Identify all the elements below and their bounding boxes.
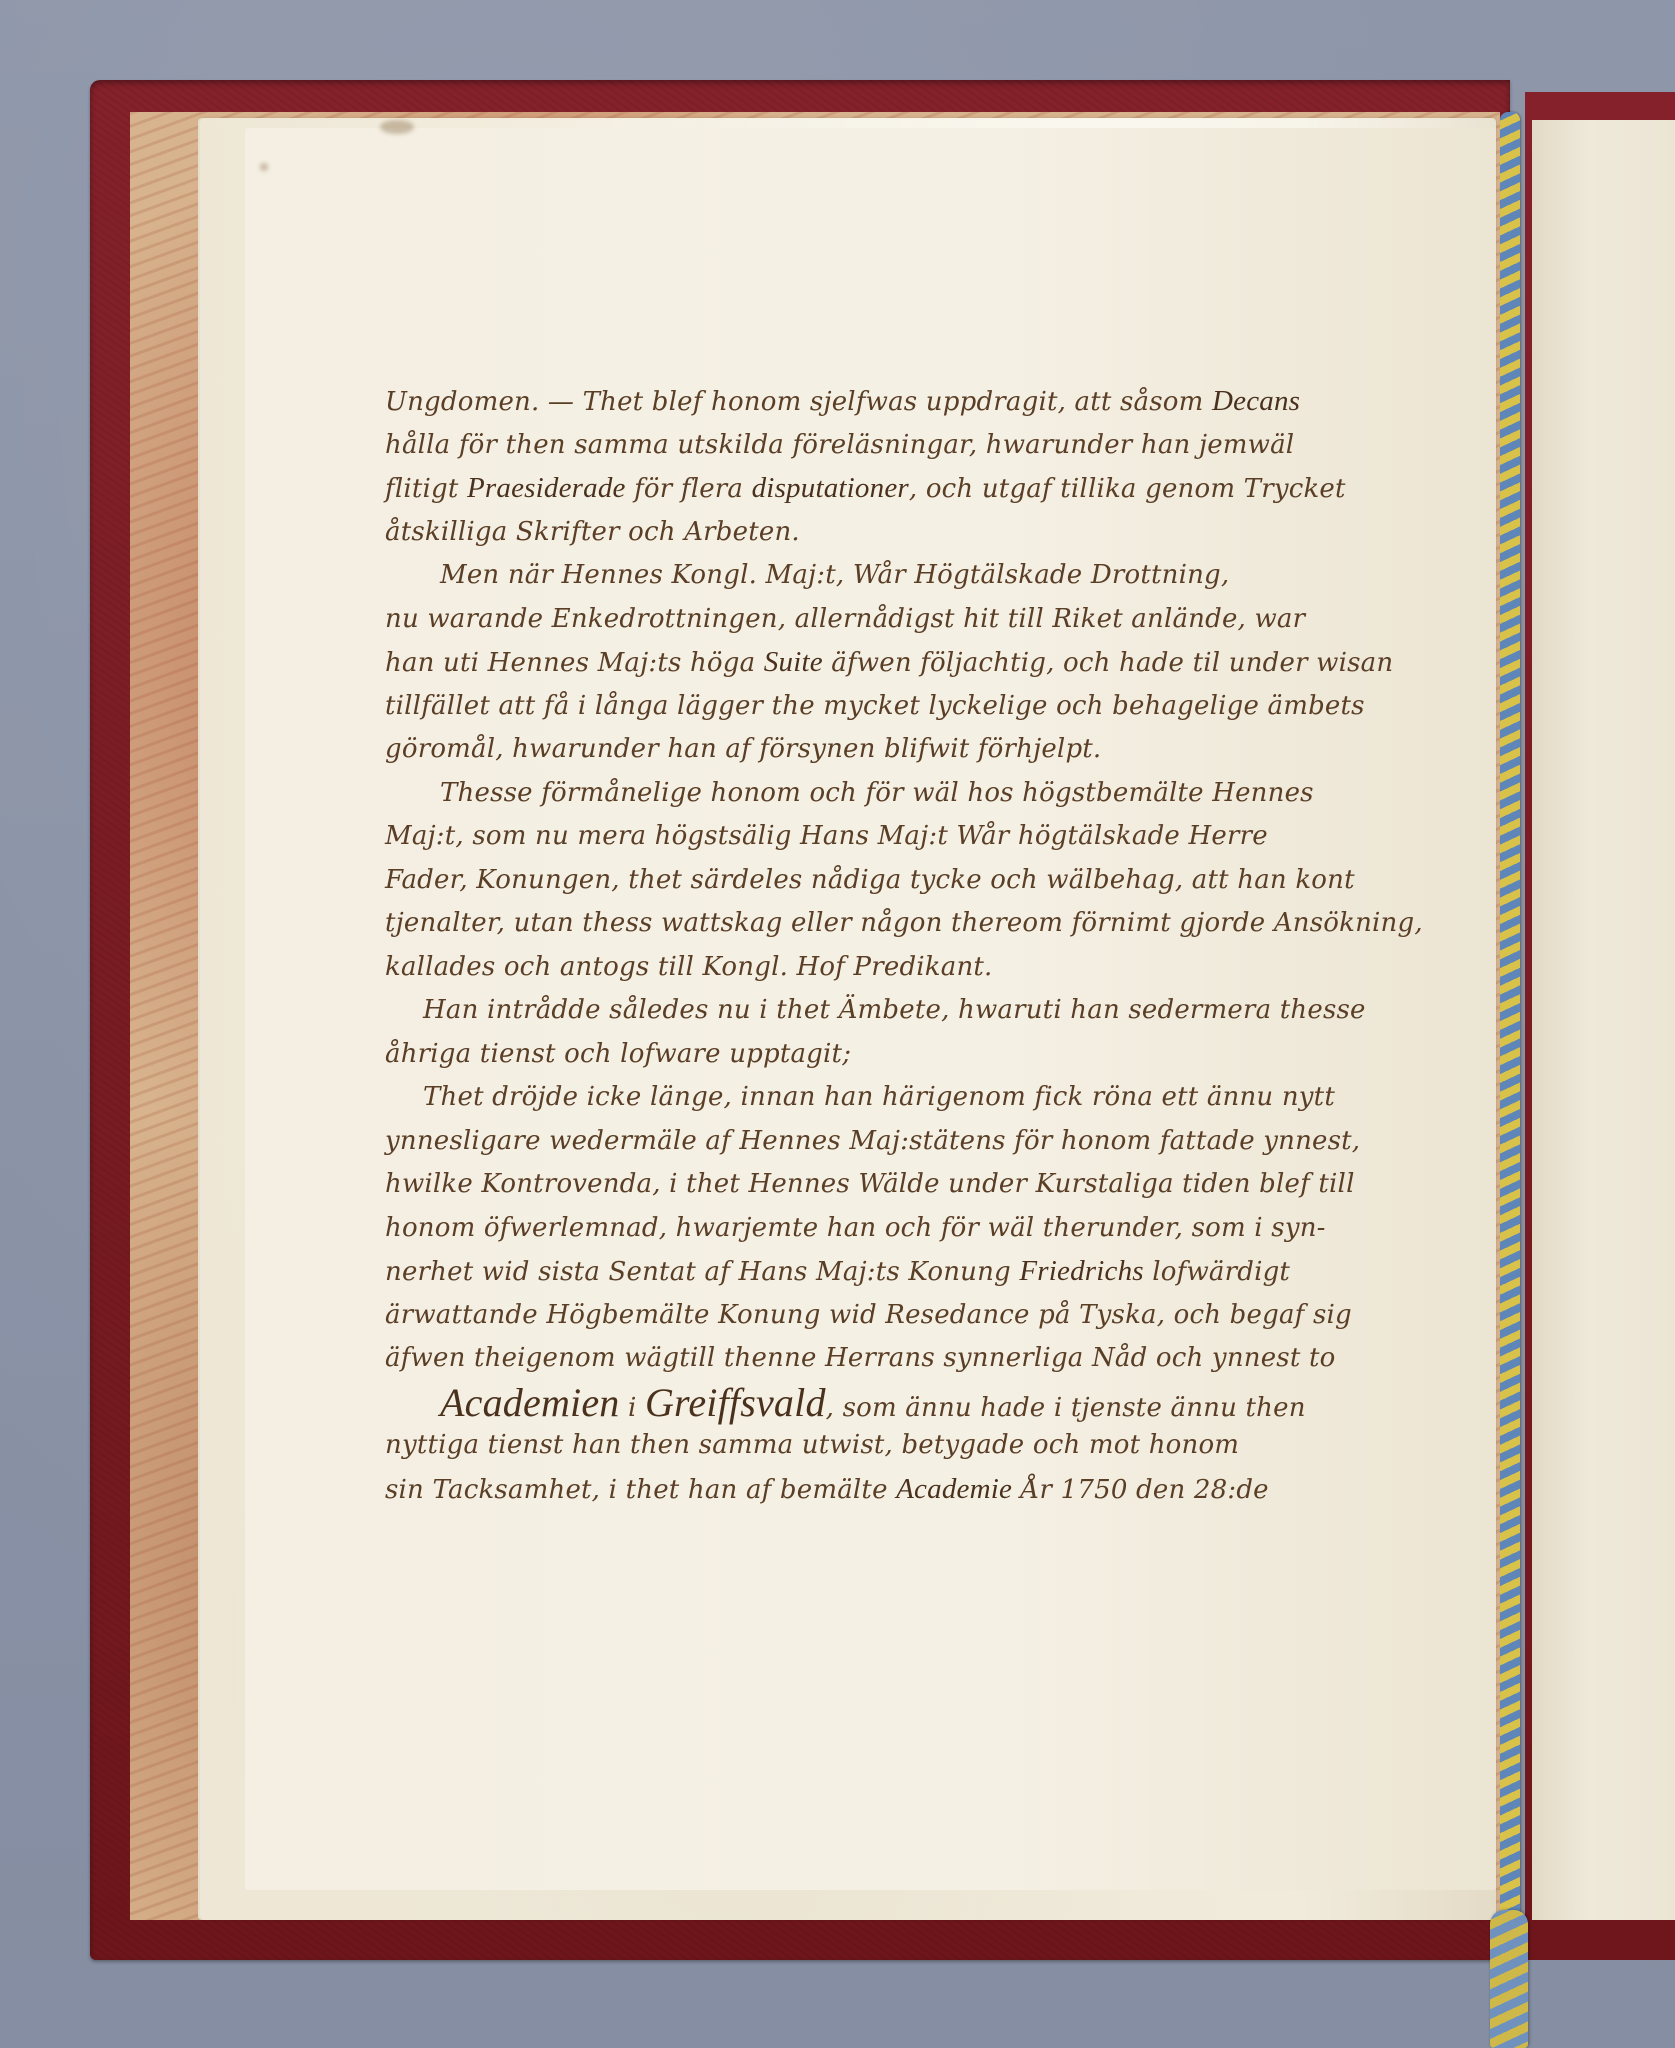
text-line: nu warande Enkedrottningen, allernådigst… (385, 598, 1415, 642)
right-page-edge (1532, 120, 1675, 1920)
text-line: äfwen theigenom wägtill thenne Herrans s… (385, 1337, 1415, 1381)
text-line: Thet dröjde icke länge, innan han härige… (385, 1076, 1415, 1120)
text-line: nyttiga tienst han then samma utwist, be… (385, 1424, 1415, 1468)
text-line: tjenalter, utan thess wattskag eller någ… (385, 902, 1415, 946)
text-line: Academien i Greiffsvald, som ännu hade i… (385, 1381, 1415, 1425)
text-line: flitigt Praesiderade för flera disputati… (385, 467, 1415, 511)
text-line: honom öfwerlemnad, hwarjemte han och för… (385, 1207, 1415, 1251)
text-line: Men när Hennes Kongl. Maj:t, Wår Högtäls… (385, 554, 1415, 598)
text-line: ärwattande Högbemälte Konung wid Resedan… (385, 1294, 1415, 1338)
text-line: han uti Hennes Maj:ts höga Suite äfwen f… (385, 641, 1415, 685)
page-stain (260, 163, 268, 171)
text-line: hålla för then samma utskilda föreläsnin… (385, 424, 1415, 468)
text-line: åhriga tienst och lofware upptagit; (385, 1033, 1415, 1077)
cord-tassel-icon (1490, 1910, 1528, 2048)
text-line: kallades och antogs till Kongl. Hof Pred… (385, 946, 1415, 990)
handwritten-text-block: Ungdomen. — Thet blef honom sjelfwas upp… (385, 380, 1415, 1511)
page-stain (380, 120, 414, 134)
text-line: Maj:t, som nu mera högstsälig Hans Maj:t… (385, 815, 1415, 859)
text-line: Ungdomen. — Thet blef honom sjelfwas upp… (385, 380, 1415, 424)
text-line: sin Tacksamhet, i thet han af bemälte Ac… (385, 1468, 1415, 1512)
text-line: Thesse förmånelige honom och för wäl hos… (385, 772, 1415, 816)
text-line: hwilke Kontrovenda, i thet Hennes Wälde … (385, 1163, 1415, 1207)
bookmark-cord-icon (1500, 112, 1520, 2048)
text-line: åtskilliga Skrifter och Arbeten. (385, 511, 1415, 555)
text-line: ynnesligare wedermäle af Hennes Maj:stät… (385, 1120, 1415, 1164)
text-line: nerhet wid sista Sentat af Hans Maj:ts K… (385, 1250, 1415, 1294)
text-line: Han intrådde således nu i thet Ämbete, h… (385, 989, 1415, 1033)
text-line: göromål, hwarunder han af försynen blifw… (385, 728, 1415, 772)
text-line: tillfället att få i långa lägger the myc… (385, 685, 1415, 729)
text-line: Fader, Konungen, thet särdeles nådiga ty… (385, 859, 1415, 903)
